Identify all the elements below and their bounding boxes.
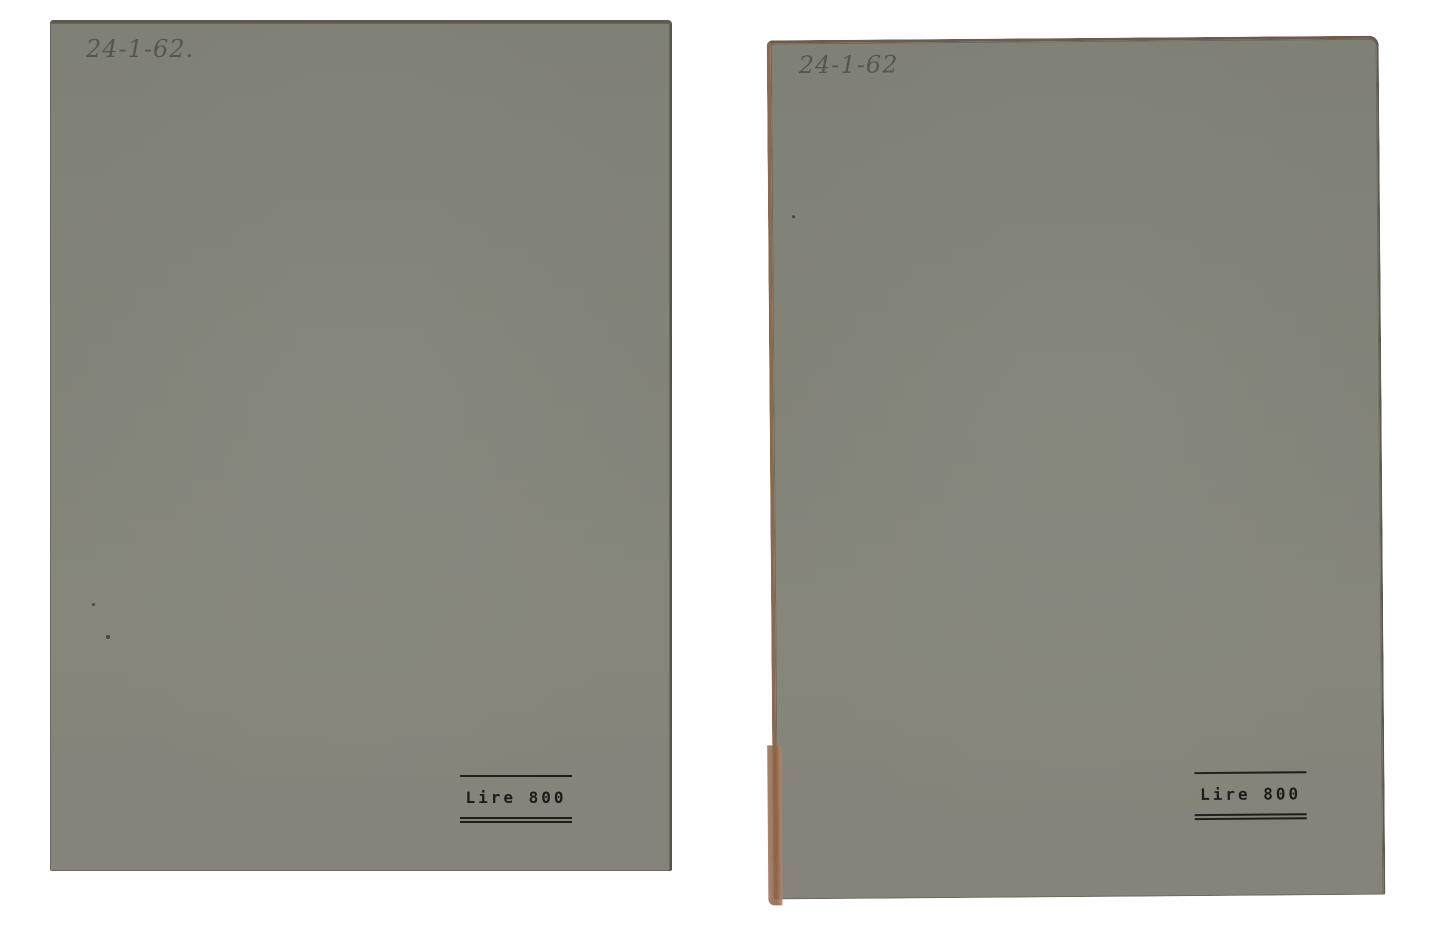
double-rule-line (1195, 813, 1307, 816)
page-edges (767, 745, 782, 905)
rule-line (1194, 771, 1306, 774)
handwritten-date: 24-1-62 (799, 50, 899, 79)
handwritten-date: 24-1-62. (86, 35, 194, 63)
double-rule-line (460, 817, 572, 819)
price-box: Lire 800 (460, 775, 572, 819)
stain-speck (92, 603, 95, 606)
rule-line (460, 775, 572, 777)
price-label: Lire 800 (1195, 785, 1307, 804)
book-back-cover-left: 24-1-62. Lire 800 (50, 20, 672, 871)
book-back-cover-right: 24-1-62 Lire 800 (767, 36, 1386, 900)
stain-speck (106, 635, 110, 639)
price-label: Lire 800 (460, 789, 572, 807)
stain-speck (792, 215, 795, 218)
price-box: Lire 800 (1194, 771, 1306, 816)
